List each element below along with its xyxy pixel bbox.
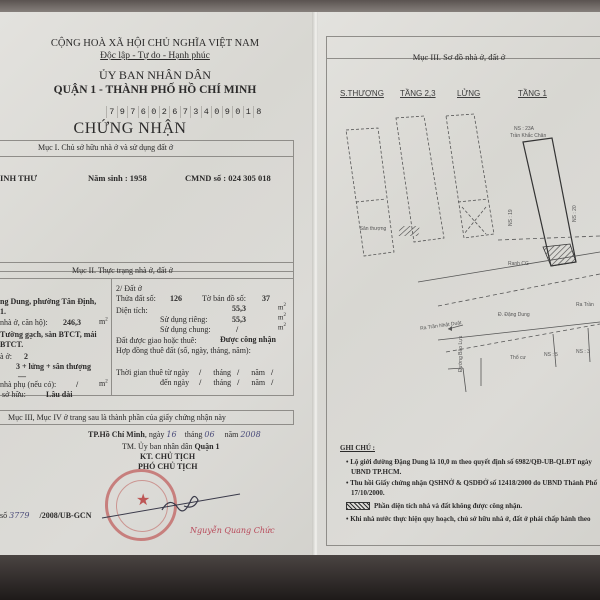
signing-place: TP.Hồ Chí Minh xyxy=(88,430,145,439)
footer-note: Mục III, Mục IV ở trang sau là thành phầ… xyxy=(8,413,226,422)
land-heading: 2/ Đất ở xyxy=(116,284,142,293)
certificate-front-page: CỘNG HOÀ XÃ HỘI CHỦ NGHĨA VIỆT NAM Độc l… xyxy=(0,12,316,557)
authority: ỦY BAN NHÂN DÂN xyxy=(0,68,310,83)
note-1: Lộ giới đường Đặng Dung là 10,0 m theo q… xyxy=(350,458,592,466)
serial-digit: 7 xyxy=(180,106,191,118)
signature xyxy=(100,486,260,526)
hatch-legend-icon xyxy=(346,502,370,510)
floors-label: à ở: xyxy=(0,352,12,361)
birth-year: Năm sinh : 1958 xyxy=(88,173,147,183)
note-hatch: Phần diện tích nhà và đất không được côn… xyxy=(374,502,522,510)
house-address: ng Dung, phường Tân Định, xyxy=(0,297,96,306)
serial-digit: 2 xyxy=(159,106,170,118)
section1-box xyxy=(0,140,294,272)
signer-role: KT. CHỦ TỊCH xyxy=(140,452,195,461)
document-title: CHỨNG NHẬN xyxy=(60,120,200,138)
parcel-number: 126 xyxy=(170,294,182,303)
serial-digit: 4 xyxy=(201,106,212,118)
on-behalf: TM. Ủy ban nhân dân xyxy=(122,442,192,451)
serial-number: 797602673409018 xyxy=(106,106,264,118)
floors-value: 2 xyxy=(24,352,28,361)
bottom-shadow xyxy=(0,555,600,600)
house-structure: Tường gạch, sàn BTCT, mái xyxy=(0,330,97,339)
serial-digit: 1 xyxy=(243,106,254,118)
shared-area: / xyxy=(236,325,238,334)
serial-digit: 6 xyxy=(138,106,149,118)
house-structure-2: BTCT. xyxy=(0,340,23,349)
land-area: 55,3 xyxy=(232,304,246,313)
registration-number: 3779 xyxy=(9,511,29,520)
house-area-label: nhà ở, căn hộ): xyxy=(0,318,48,327)
serial-digit: 9 xyxy=(117,106,128,118)
serial-digit: 0 xyxy=(211,106,222,118)
signing-year: 2008 xyxy=(240,430,260,439)
note-2: Thu hồi Giấy chứng nhận QSHNỞ & QSDĐỞ số… xyxy=(350,479,597,487)
serial-digit: 7 xyxy=(106,106,117,118)
district: QUẬN 1 - THÀNH PHỐ HỒ CHÍ MINH xyxy=(0,84,310,96)
notes-heading: GHI CHÚ : xyxy=(340,444,375,452)
serial-digit: 9 xyxy=(222,106,233,118)
serial-digit: 3 xyxy=(190,106,201,118)
serial-digit: 0 xyxy=(148,106,159,118)
motto: Độc lập - Tự do - Hạnh phúc xyxy=(0,51,310,61)
serial-digit: 6 xyxy=(169,106,180,118)
house-address-2: 1. xyxy=(0,307,6,316)
private-area: 55,3 xyxy=(232,315,246,324)
map-sheet-number: 37 xyxy=(262,294,270,303)
signing-month: 06 xyxy=(204,430,214,439)
section2-heading: Mục II. Thực trạng nhà ở, đất ở xyxy=(72,266,173,275)
aux-label: nhà phụ (nếu có): xyxy=(0,380,56,389)
id-number: CMND số : 024 305 018 xyxy=(185,173,271,183)
serial-digit: 8 xyxy=(253,106,264,118)
ownership-label: sở hữu: xyxy=(2,390,26,399)
country-heading: CỘNG HOÀ XÃ HỘI CHỦ NGHĨA VIỆT NAM xyxy=(0,38,310,49)
house-area-value: 246,3 xyxy=(63,318,81,327)
owner-name: INH THƯ xyxy=(0,173,37,183)
section1-heading: Mục I. Chủ sở hữu nhà ở và sử dụng đất ở xyxy=(38,143,173,152)
ownership-value: Lâu dài xyxy=(46,390,72,399)
serial-digit: 7 xyxy=(127,106,138,118)
serial-digit: 0 xyxy=(232,106,243,118)
certificate-back-page: Mục III. Sơ đồ nhà ở, đất ở S.THƯỢNG TẦN… xyxy=(318,12,600,557)
note-3: Khi nhà nước thực hiện quy hoạch, chủ sở… xyxy=(350,515,590,523)
signer-name: Nguyễn Quang Chức xyxy=(190,526,275,535)
levels-value: 3 + lửng + sân thượng xyxy=(16,362,91,371)
signing-day: 16 xyxy=(166,430,176,439)
grant-type: Được công nhận xyxy=(220,335,276,344)
